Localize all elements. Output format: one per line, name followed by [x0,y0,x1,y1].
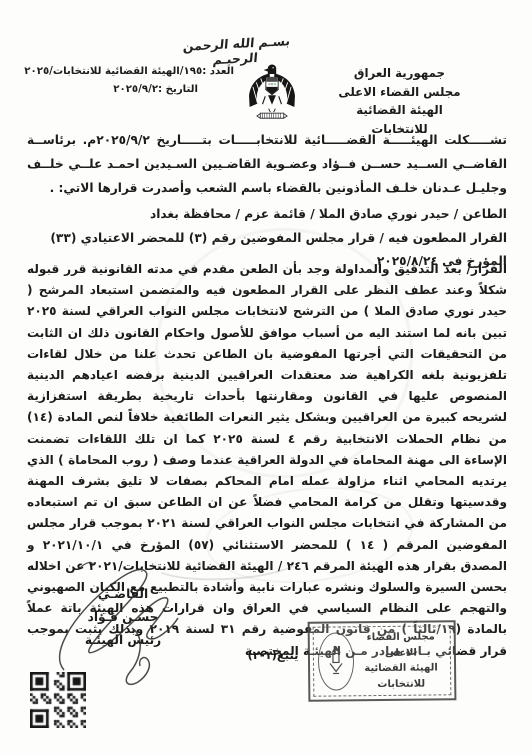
stamp-line-commission: الهيئة القضائية [354,660,448,676]
scanned-court-document: بسـم الله الرحمن الرحيـم جمهورية العراق … [0,0,532,755]
stamp-line-elections: للانتخابات [354,676,448,692]
org-line-council: مجلس القضاء الاعلى [327,83,472,102]
stamp-eagle-oval-icon [318,632,355,690]
iraq-coat-of-arms-icon [244,63,300,123]
document-date: التاريخ :٢٠٢٥/٩/٢ [0,82,234,98]
formation-paragraph: تشـــــكلت الهيئـــــة القضـــــائية للا… [27,128,507,201]
stamp-line-council: مجلس القضاء الاعلى [354,629,448,661]
handwritten-signature-icon [36,558,212,686]
official-stamp: مجلس القضاء الاعلى الهيئة القضائية للانت… [308,620,457,702]
stamp-border: مجلس القضاء الاعلى الهيئة القضائية للانت… [313,625,452,696]
document-number: العدد :١٩٥/الهيئة القضائية للانتخابات/٢٠… [0,64,234,80]
document-meta-block: العدد :١٩٥/الهيئة القضائية للانتخابات/٢٠… [0,64,234,98]
stamp-text-block: مجلس القضاء الاعلى الهيئة القضائية للانت… [354,629,449,692]
appellant-line: الطاعن / حيدر نوري صادق الملا / قائمة عز… [27,203,507,227]
org-line-republic: جمهورية العراق [327,64,472,83]
